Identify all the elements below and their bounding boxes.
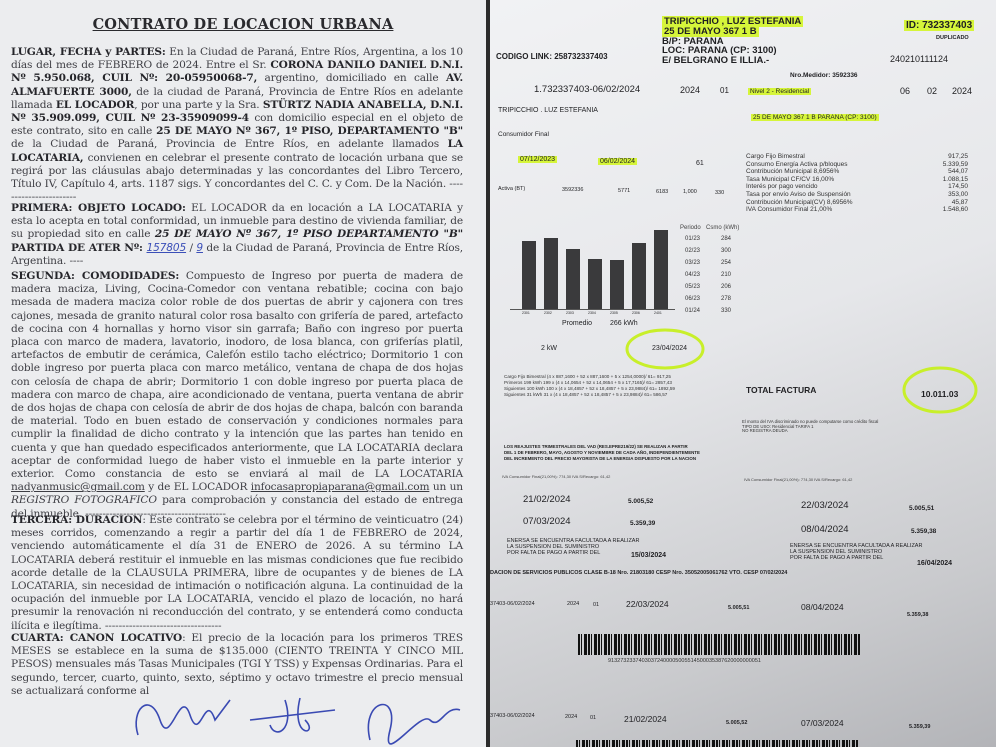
text: EL LOCADOR — [56, 99, 134, 111]
charge-value: 353,00 — [948, 191, 968, 199]
table-consumption: 210 — [721, 272, 731, 278]
charges-list: Cargo Fijo Bimestral917,25Consumo Energí… — [746, 153, 968, 214]
stub1-period: 01 — [593, 602, 599, 608]
clause-heading: SEGUNDA: COMODIDADES: — [11, 270, 179, 282]
property-address: 25 DE MAYO Nº 367, 1º PISO, DEPARTAMENTO… — [156, 125, 463, 137]
stub2-year: 2024 — [565, 714, 577, 720]
period-column-header: Periodo — [680, 225, 701, 231]
iva-line-left: IVA Consumidor Final(21,00%): 774,30 IVA… — [502, 474, 610, 479]
issue-day: 06 — [900, 86, 910, 96]
barcode-partial — [576, 740, 858, 747]
reading-previous: 5771 — [618, 188, 630, 194]
consumption-bar-chart — [510, 228, 675, 310]
text-line: NO REGISTRA DEUDA — [742, 429, 878, 434]
chart-x-labels: 2301230223032304230523062401 — [510, 311, 675, 317]
text: : Este contrato se celebra por el términ… — [11, 514, 463, 632]
chart-x-label: 2303 — [566, 311, 574, 315]
reading-type: Activa (BT) — [498, 186, 525, 192]
customer-address-block: TRIPICCHIO , LUZ ESTEFANIA 25 DE MAYO 36… — [662, 17, 803, 66]
charge-label: Consumo Energía Activa p/bloques — [746, 161, 848, 169]
text: y de EL LOCADOR — [145, 481, 251, 493]
reading-to-date: 06/02/2024 — [598, 158, 637, 165]
charge-label: Contribución Municipal(CV) 8,6956% — [746, 199, 853, 207]
text: POR FALTA DE PAGO A PARTIR DEL — [790, 555, 922, 561]
charge-row: Contribución Municipal 8,6956%544,07 — [746, 168, 968, 176]
between-streets: E/ BELGRANO E ILLIA.- — [662, 56, 803, 66]
table-period: 01/23 — [685, 236, 700, 242]
tariff-level: Nivel 2 - Residencial — [748, 88, 811, 95]
stub1-year: 2024 — [567, 601, 579, 607]
text-line: DEL INCREMENTO DEL PRECIO MAYORISTA DE L… — [504, 456, 700, 462]
stub1-ref: 37403-06/02/2024 — [490, 601, 535, 607]
charge-value: 45,87 — [952, 199, 968, 207]
due-amount-3: 5.005,51 — [909, 505, 934, 512]
total-label: TOTAL FACTURA — [746, 385, 816, 395]
chart-x-label: 2401 — [654, 311, 662, 315]
clause-primera: PRIMERA: OBJETO LOCADO: EL LOCADOR da en… — [11, 202, 463, 268]
codigo-link: CODIGO LINK: 258732337403 — [496, 52, 608, 61]
charge-label: IVA Consumidor Final 21,00% — [746, 206, 832, 214]
text: de la Ciudad de Paraná, Provincia de Ent… — [11, 138, 448, 150]
barcode — [578, 634, 860, 655]
reading-consumption: 330 — [715, 190, 724, 196]
customer-id: ID: 732337403 — [904, 20, 974, 31]
clause-tercera: TERCERA: DURACION: Este contrato se cele… — [11, 514, 463, 633]
customer-name-secondary: TRIPICCHIO . LUZ ESTEFANIA — [498, 107, 598, 114]
reading-factor: 1,000 — [683, 189, 697, 195]
charge-row: Contribución Municipal(CV) 8,6956%45,87 — [746, 199, 968, 207]
reading-from-date: 07/12/2023 — [518, 156, 557, 163]
chart-bar — [632, 243, 646, 309]
charge-row: Interés por pago vencido174,50 — [746, 183, 968, 191]
stub1-amount2: 5.359,38 — [907, 612, 928, 618]
reading-meter: 3592336 — [562, 187, 583, 193]
table-consumption: 206 — [721, 284, 731, 290]
charge-row: IVA Consumidor Final 21,00%1.548,60 — [746, 206, 968, 214]
table-period: 01/24 — [685, 308, 700, 314]
suspension-date-right: 16/04/2024 — [917, 560, 952, 567]
charge-label: Interés por pago vencido — [746, 183, 818, 191]
consumer-type: Consumidor Final — [498, 131, 549, 138]
contract-page: CONTRATO DE LOCACION URBANA LUGAR, FECHA… — [0, 0, 486, 747]
signatures — [120, 680, 480, 747]
calculation-lines: Cargo Fijo Bimestral (4 x 887,1600 + 52 … — [504, 374, 675, 398]
chart-bar — [544, 238, 558, 309]
clause-parties: LUGAR, FECHA y PARTES: En la Ciudad de P… — [11, 46, 463, 204]
due-amount-4: 5.359,38 — [911, 528, 936, 535]
period-year: 2024 — [680, 85, 700, 95]
chart-bar — [566, 249, 580, 310]
iva-line-right: IVA Consumidor Final(21,00%): 774,30 IVA… — [744, 477, 852, 482]
suspension-notice-right: ENERSA SE ENCUENTRA FACULTADA A REALIZAR… — [790, 543, 922, 561]
chart-bar — [610, 260, 624, 309]
text-line: Siguientes 31 kWh 31 x (4 x 18,4857 + 52… — [504, 392, 675, 398]
electricity-bill-page: TRIPICCHIO , LUZ ESTEFANIA 25 DE MAYO 36… — [490, 0, 996, 747]
table-period: 03/23 — [685, 260, 700, 266]
average-label: Promedio — [562, 320, 592, 327]
table-period: 06/23 — [685, 296, 700, 302]
clause-heading: TERCERA: DURACION — [11, 514, 142, 526]
table-consumption: 300 — [721, 248, 731, 254]
landlord-email-link[interactable]: infocasapropiaparana@gmail.com — [251, 481, 430, 493]
due-date-4: 08/04/2024 — [801, 524, 849, 535]
table-consumption: 254 — [721, 260, 731, 266]
tenant-email-link[interactable]: nadyanmusic@gmail.com — [11, 481, 145, 493]
stub2-ref: 37403-06/02/2024 — [490, 713, 535, 719]
issue-month: 02 — [927, 86, 937, 96]
highlight-circle-icon — [900, 362, 980, 414]
cesp-line: DACION DE SERVICIOS PUBLICOS CLASE B-18 … — [490, 570, 787, 576]
due-amount-2: 5.359,39 — [630, 520, 655, 527]
meter-number: Nro.Medidor: 3592336 — [790, 72, 858, 79]
due-date-2: 07/03/2024 — [523, 516, 571, 527]
charge-value: 917,25 — [948, 153, 968, 161]
stub2-date1: 21/02/2024 — [624, 714, 667, 724]
stub2-date2: 07/03/2024 — [801, 718, 844, 728]
charge-value: 544,07 — [948, 168, 968, 176]
suspension-date-left: 15/03/2024 — [631, 552, 666, 559]
charge-label: Tasa Municipal CF/CV 16,00% — [746, 176, 834, 184]
reading-current: 6183 — [656, 189, 668, 195]
barcode-number: 9132732337403037240000500551450003538762… — [608, 658, 761, 664]
charge-label: Tasa por envío Aviso de Suspensión — [746, 191, 851, 199]
stub2-period: 01 — [590, 715, 596, 721]
billing-days: 61 — [696, 160, 704, 167]
handwritten-partida-suffix: 9 — [196, 242, 203, 254]
contracted-power: 2 kW — [541, 345, 557, 352]
chart-x-label: 2302 — [544, 311, 552, 315]
charge-value: 1.088,15 — [943, 176, 968, 184]
charge-value: 174,50 — [948, 183, 968, 191]
charge-value: 5.339,59 — [943, 161, 968, 169]
chart-bar — [654, 230, 668, 309]
text: Compuesto de Ingreso por puerta de mader… — [11, 270, 463, 480]
property-address: 25 DE MAYO Nº 367, 1º PISO DEPARTAMENTO … — [155, 228, 463, 240]
due-amount-1: 5.005,52 — [628, 498, 653, 505]
contract-title: CONTRATO DE LOCACION URBANA — [0, 16, 486, 33]
charge-label: Cargo Fijo Bimestral — [746, 153, 805, 161]
due-date-1: 21/02/2024 — [523, 494, 571, 505]
charge-value: 1.548,60 — [943, 206, 968, 214]
charge-row: Consumo Energía Activa p/bloques5.339,59 — [746, 161, 968, 169]
table-period: 04/23 — [685, 272, 700, 278]
invoice-reference: 1.732337403-06/02/2024 — [534, 84, 640, 95]
handwritten-partida: 157805 — [147, 242, 187, 254]
supply-address: 25 DE MAYO 367 1 B PARANA (CP: 3100) — [751, 114, 879, 121]
chart-bar — [522, 241, 536, 309]
chart-bar — [588, 259, 602, 309]
period-number: 01 — [720, 86, 729, 95]
text: , por una parte y la Sra. — [134, 99, 263, 111]
clause-segunda: SEGUNDA: COMODIDADES: Compuesto de Ingre… — [11, 270, 463, 521]
stub2-amount2: 5.359,39 — [909, 724, 930, 730]
clause-heading: PRIMERA: OBJETO LOCADO: — [11, 202, 186, 214]
chart-x-label: 2305 — [610, 311, 618, 315]
consumption-column-header: Csmo (kWh) — [706, 225, 739, 231]
charge-label: Contribución Municipal 8,6956% — [746, 168, 839, 176]
table-period: 02/23 — [685, 248, 700, 254]
charge-row: Tasa por envío Aviso de Suspensión353,00 — [746, 191, 968, 199]
document-number: 240210111124 — [890, 54, 948, 64]
text: / — [186, 242, 196, 254]
table-consumption: 330 — [721, 308, 731, 314]
stub1-amount1: 5.005,51 — [728, 605, 749, 611]
highlight-circle-icon — [623, 326, 707, 374]
stub1-date1: 22/03/2024 — [626, 599, 669, 609]
issue-year: 2024 — [952, 86, 972, 96]
stub1-date2: 08/04/2024 — [801, 602, 844, 612]
chart-x-label: 2304 — [588, 311, 596, 315]
charge-row: Tasa Municipal CF/CV 16,00%1.088,15 — [746, 176, 968, 184]
table-consumption: 284 — [721, 236, 731, 242]
text: argentino, domiciliado en calle — [257, 72, 446, 84]
text: un un — [429, 481, 463, 493]
text: POR FALTA DE PAGO A PARTIR DEL — [507, 550, 639, 556]
duplicado-label: DUPLICADO — [936, 35, 969, 41]
text: PARTIDA DE ATER Nº: — [11, 242, 147, 254]
suspension-notice-left: ENERSA SE ENCUENTRA FACULTADA A REALIZAR… — [507, 538, 639, 556]
text: REGISTRO FOTOGRAFICO — [11, 494, 157, 506]
clause-heading: LUGAR, FECHA y PARTES: — [11, 46, 166, 58]
stub2-amount1: 5.005,52 — [726, 720, 747, 726]
due-date-3: 22/03/2024 — [801, 500, 849, 511]
chart-x-label: 2301 — [522, 311, 530, 315]
clause-heading: CUARTA: CANON LOCATIVO — [11, 632, 182, 644]
chart-x-label: 2306 — [632, 311, 640, 315]
reajustes-notice: LOS REAJUSTES TRIMESTRALES DEL VAD (RES.… — [504, 444, 700, 462]
table-consumption: 278 — [721, 296, 731, 302]
bill-notes: El monto del IVA discriminado no puede c… — [742, 420, 878, 434]
table-period: 05/23 — [685, 284, 700, 290]
charge-row: Cargo Fijo Bimestral917,25 — [746, 153, 968, 161]
